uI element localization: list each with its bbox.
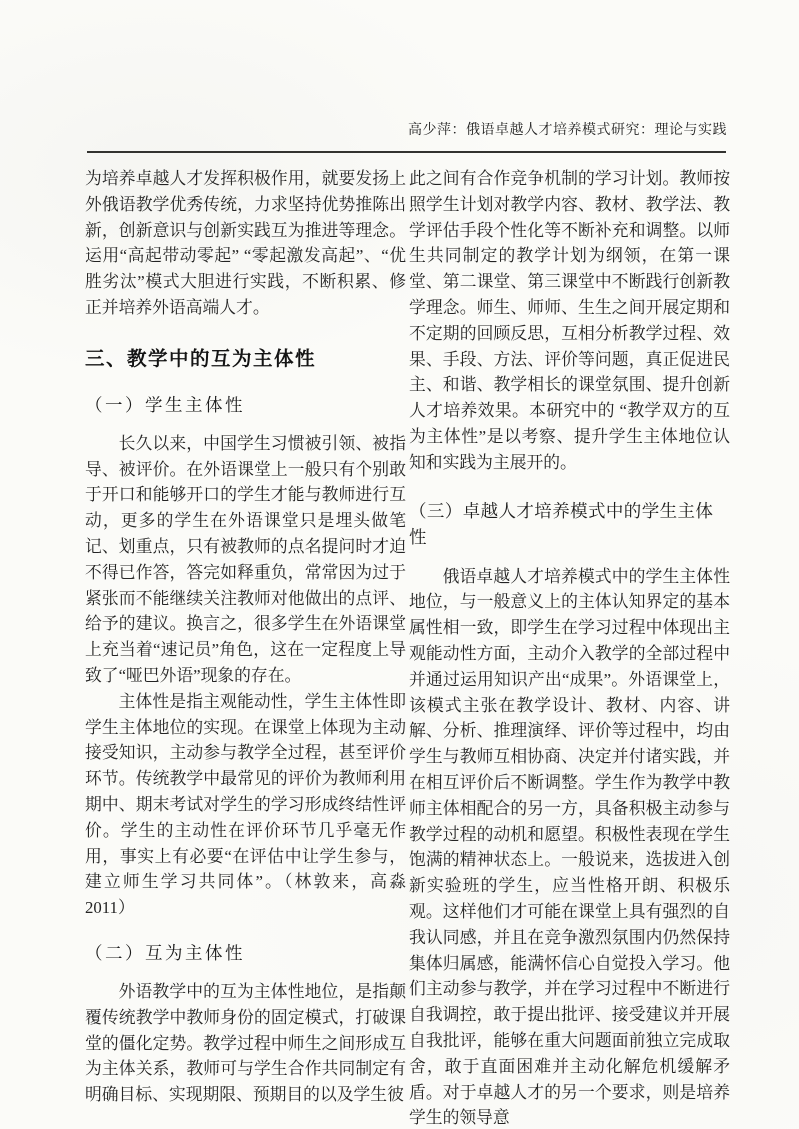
section-heading-3: 三、教学中的互为主体性 (85, 346, 406, 373)
scanned-book-page: 高少萍：俄语卓越人才培养模式研究：理论与实践 为培养卓越人才发挥积极作用，就要发… (0, 0, 799, 1129)
sub-heading-student-subjectivity: （一）学生主体性 (85, 392, 406, 418)
running-head-title: 高少萍：俄语卓越人才培养模式研究：理论与实践 (408, 119, 727, 139)
paragraph-student-subjectivity-2: 主体性是指主观能动性，学生主体性即学生主体地位的实现。在课堂上体现为主动接受知识… (85, 689, 406, 921)
paragraph-student-subjectivity-1: 长久以来，中国学生习惯被引领、被指导、被评价。在外语课堂上一般只有个别敢于开口和… (85, 431, 406, 689)
paragraph-model-student-subjectivity: 俄语卓越人才培养模式中的学生主体性地位，与一般意义上的主体认知界定的基本属性相一… (409, 564, 730, 1129)
header-divider-rule (87, 151, 726, 153)
sub-heading-mutual-subjectivity: （二）互为主体性 (85, 940, 406, 966)
paragraph-mutual-subjectivity: 外语教学中的互为主体性地位，是指颠覆传统教学中教师身份的固定模式，打破课堂的僵化… (85, 979, 406, 1108)
left-text-column: 为培养卓越人才发挥积极作用，就要发扬上外俄语教学优秀传统，力求坚持优势推陈出新，… (85, 166, 406, 1108)
paragraph-intro-continuation: 为培养卓越人才发挥积极作用，就要发扬上外俄语教学优秀传统，力求坚持优势推陈出新，… (85, 166, 406, 321)
sub-heading-model-student-subjectivity: （三）卓越人才培养模式中的学生主体性 (409, 498, 730, 550)
right-text-column: 此之间有合作竞争机制的学习计划。教师按照学生计划对教学内容、教材、教学法、教学评… (409, 166, 730, 1129)
paragraph-mutual-subjectivity-continuation: 此之间有合作竞争机制的学习计划。教师按照学生计划对教学内容、教材、教学法、教学评… (409, 166, 730, 476)
